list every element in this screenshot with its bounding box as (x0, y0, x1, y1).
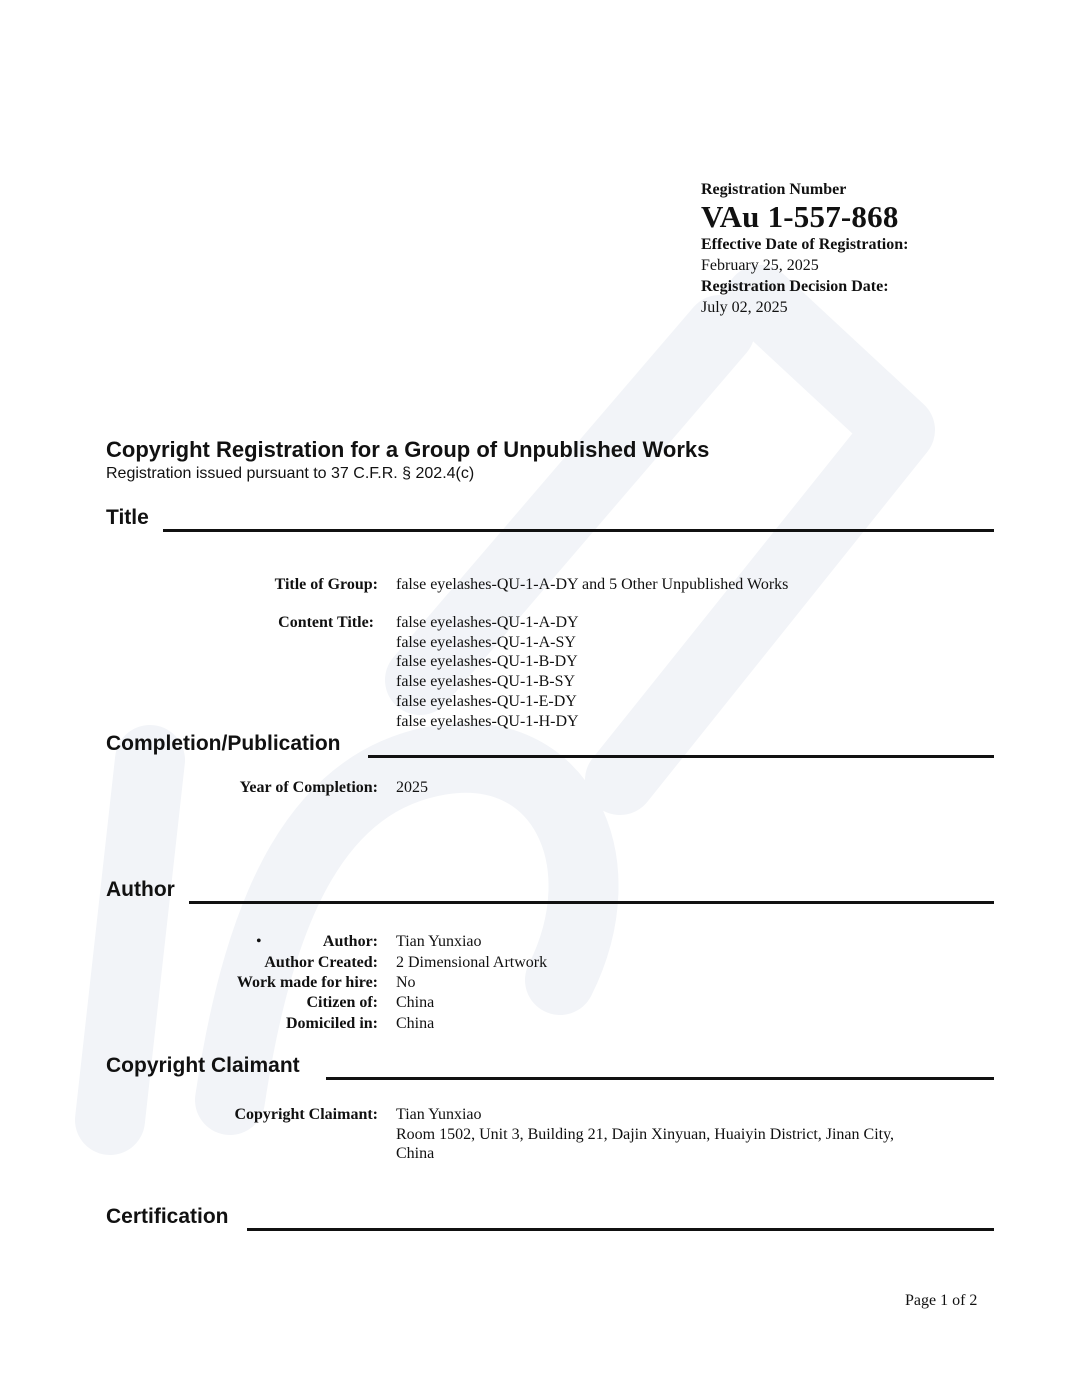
claimant-name: Tian Yunxiao (396, 1105, 894, 1125)
domiciled-in-value: China (396, 1014, 434, 1034)
content-title-field: Content Title: false eyelashes-QU-1-A-DY… (102, 613, 579, 731)
section-heading-claimant: Copyright Claimant (106, 1054, 300, 1078)
author-value: Tian Yunxiao (396, 932, 482, 952)
title-of-group-field: Title of Group: false eyelashes-QU-1-A-D… (106, 575, 788, 595)
work-for-hire-value: No (396, 973, 416, 993)
citizen-of-value: China (396, 993, 434, 1013)
section-completion: Completion/Publication (106, 732, 994, 756)
title-of-group-value: false eyelashes-QU-1-A-DY and 5 Other Un… (396, 575, 788, 595)
copyright-claimant-details: Tian Yunxiao Room 1502, Unit 3, Building… (396, 1105, 894, 1164)
work-for-hire-label: Work made for hire: (106, 973, 396, 993)
document-subtitle: Registration issued pursuant to 37 C.F.R… (106, 464, 474, 484)
decision-date-label: Registration Decision Date: (701, 277, 908, 297)
content-title-item: false eyelashes-QU-1-A-DY (396, 613, 579, 633)
section-divider (163, 529, 994, 532)
author-created-field: Author Created: 2 Dimensional Artwork (106, 953, 547, 973)
section-certification: Certification (106, 1205, 994, 1229)
section-divider (189, 901, 994, 904)
content-title-list: false eyelashes-QU-1-A-DY false eyelashe… (396, 613, 579, 731)
claimant-address-line1: Room 1502, Unit 3, Building 21, Dajin Xi… (396, 1125, 894, 1145)
effective-date: February 25, 2025 (701, 255, 908, 276)
work-for-hire-field: Work made for hire: No (106, 973, 416, 993)
content-title-item: false eyelashes-QU-1-A-SY (396, 633, 579, 653)
year-of-completion-value: 2025 (396, 778, 428, 798)
citizen-of-field: Citizen of: China (106, 993, 434, 1013)
registration-number-label: Registration Number (701, 180, 908, 200)
content-title-item: false eyelashes-QU-1-H-DY (396, 712, 579, 732)
section-heading-completion: Completion/Publication (106, 732, 341, 756)
content-title-label: Content Title: (102, 613, 392, 731)
registration-number: VAu 1-557-868 (701, 199, 908, 235)
content-title-item: false eyelashes-QU-1-B-DY (396, 652, 579, 672)
author-created-label: Author Created: (106, 953, 396, 973)
section-heading-author: Author (106, 878, 175, 902)
domiciled-in-field: Domiciled in: China (106, 1014, 434, 1034)
decision-date: July 02, 2025 (701, 297, 908, 318)
section-claimant: Copyright Claimant (106, 1054, 994, 1078)
page-number: Page 1 of 2 (905, 1292, 977, 1310)
author-field: Author: Tian Yunxiao (106, 932, 482, 952)
title-of-group-label: Title of Group: (106, 575, 396, 595)
registration-info: Registration Number VAu 1-557-868 Effect… (701, 180, 908, 318)
content-title-item: false eyelashes-QU-1-B-SY (396, 672, 579, 692)
section-author: Author (106, 878, 994, 902)
claimant-address-line2: China (396, 1144, 894, 1164)
year-of-completion-label: Year of Completion: (106, 778, 396, 798)
author-label: Author: (106, 932, 396, 952)
year-of-completion-field: Year of Completion: 2025 (106, 778, 428, 798)
copyright-claimant-field: Copyright Claimant: Tian Yunxiao Room 15… (106, 1105, 894, 1164)
copyright-claimant-label: Copyright Claimant: (106, 1105, 396, 1164)
section-heading-title: Title (106, 506, 149, 530)
domiciled-in-label: Domiciled in: (106, 1014, 396, 1034)
content-title-item: false eyelashes-QU-1-E-DY (396, 692, 579, 712)
section-title: Title (106, 506, 994, 530)
author-created-value: 2 Dimensional Artwork (396, 953, 547, 973)
effective-date-label: Effective Date of Registration: (701, 235, 908, 255)
document-title: Copyright Registration for a Group of Un… (106, 437, 709, 463)
section-divider (326, 1077, 994, 1080)
section-divider (247, 1228, 994, 1231)
section-divider (368, 755, 995, 758)
citizen-of-label: Citizen of: (106, 993, 396, 1013)
section-heading-certification: Certification (106, 1205, 229, 1229)
